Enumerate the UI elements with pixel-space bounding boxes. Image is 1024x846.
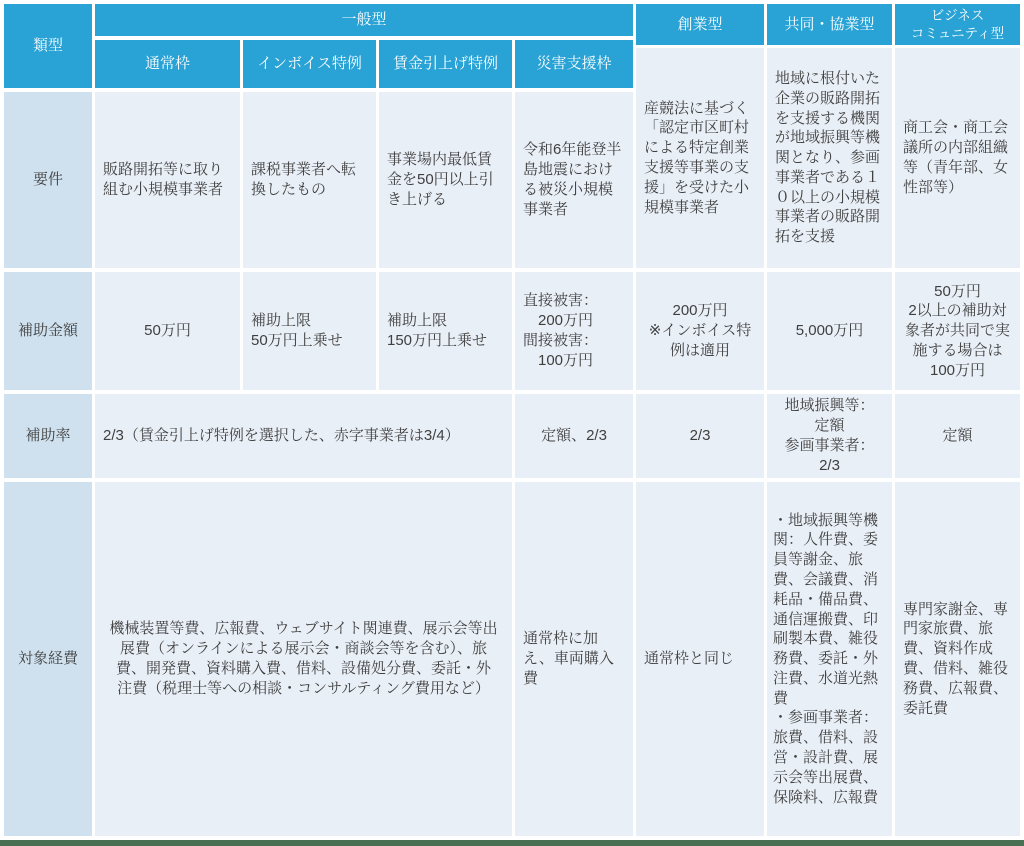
cell-yoken-community-text: 商工会・商工会議所の内部組織等（青年部、女性部等）	[903, 118, 1012, 197]
header-col-sogyo: 創業型	[636, 4, 764, 45]
cell-keihi-kyodo: ・地域振興等機関：人件費、委員等謝金、旅費、会議費、消耗品・備品費、通信運搬費、…	[767, 482, 892, 836]
cell-kingaku-chingin-text: 補助上限 150万円上乗せ	[387, 311, 504, 351]
cell-keihi-saigai: 通常枠に加え、車両購入費	[515, 482, 633, 836]
cell-yoken-chingin-text: 事業場内最低賃金を50円以上引き上げる	[387, 150, 504, 209]
cell-keihi-general-text: 機械装置等費、広報費、ウェブサイト関連費、展示会等出展費（オンラインによる展示会…	[109, 619, 498, 698]
header-col-community: ビジネス コミュニティ型	[895, 4, 1020, 45]
cell-kingaku-sogyo: 200万円 ※インボイス特例は適用	[636, 272, 764, 390]
cell-kingaku-kyodo-text: 5,000万円	[775, 321, 884, 341]
cell-yoken-saigai-text: 令和6年能登半島地震における被災小規模事業者	[523, 140, 625, 219]
subsidy-comparison-table: 類型 一般型 通常枠 インボイス特例 賃金引上げ特例 災害支援枠 創業型 共同・…	[0, 0, 1024, 846]
cell-ritsu-kyodo: 地域振興等： 定額 参画事業者： 2/3	[767, 394, 892, 478]
row-label-keihi-text: 対象経費	[12, 649, 84, 669]
cell-yoken-invoice: 課税事業者へ転換したもの	[243, 92, 376, 268]
cell-keihi-sogyo: 通常枠と同じ	[636, 482, 764, 836]
cell-yoken-tsujo-text: 販路開拓等に取り組む小規模事業者	[103, 160, 232, 200]
cell-kingaku-tsujo: 50万円	[95, 272, 240, 390]
cell-ritsu-saigai: 定額、2/3	[515, 394, 633, 478]
cell-kingaku-invoice: 補助上限 50万円上乗せ	[243, 272, 376, 390]
row-label-keihi: 対象経費	[4, 482, 92, 836]
header-col-tsujo: 通常枠	[95, 40, 240, 88]
cell-yoken-chingin: 事業場内最低賃金を50円以上引き上げる	[379, 92, 512, 268]
header-invoice-label: インボイス特例	[251, 54, 368, 74]
cell-kingaku-chingin: 補助上限 150万円上乗せ	[379, 272, 512, 390]
cell-kingaku-community-text: 50万円 2以上の補助対象者が共同で実施する場合は100万円	[903, 282, 1012, 381]
cell-ritsu-saigai-text: 定額、2/3	[523, 426, 625, 446]
cell-yoken-kyodo: 地域に根付いた企業の販路開拓を支援する機関が地域振興等機関となり、参画事業者であ…	[767, 48, 892, 268]
cell-keihi-general-merged: 機械装置等費、広報費、ウェブサイト関連費、展示会等出展費（オンラインによる展示会…	[95, 482, 512, 836]
cell-ritsu-community-text: 定額	[903, 426, 1012, 446]
header-col-kyodo: 共同・協業型	[767, 4, 892, 45]
header-row-label-type: 類型	[4, 4, 92, 88]
cell-kingaku-community: 50万円 2以上の補助対象者が共同で実施する場合は100万円	[895, 272, 1020, 390]
header-kyodo-label: 共同・協業型	[775, 15, 884, 35]
cell-keihi-sogyo-text: 通常枠と同じ	[644, 649, 756, 669]
cell-keihi-saigai-text: 通常枠に加え、車両購入費	[523, 629, 625, 688]
header-general-label: 一般型	[103, 10, 625, 30]
header-community-label: ビジネス コミュニティ型	[903, 7, 1012, 43]
cell-yoken-kyodo-text: 地域に根付いた企業の販路開拓を支援する機関が地域振興等機関となり、参画事業者であ…	[775, 69, 884, 247]
header-chingin-label: 賃金引上げ特例	[387, 54, 504, 74]
cell-kingaku-sogyo-text: 200万円 ※インボイス特例は適用	[644, 301, 756, 360]
cell-keihi-community-text: 専門家謝金、専門家旅費、旅費、資料作成費、借料、雑役務費、広報費、委託費	[903, 600, 1012, 719]
header-sogyo-label: 創業型	[644, 15, 756, 35]
cell-kingaku-invoice-text: 補助上限 50万円上乗せ	[251, 311, 368, 351]
row-label-ritsu-text: 補助率	[12, 426, 84, 446]
header-col-chingin: 賃金引上げ特例	[379, 40, 512, 88]
cell-yoken-community: 商工会・商工会議所の内部組織等（青年部、女性部等）	[895, 48, 1020, 268]
cell-yoken-saigai: 令和6年能登半島地震における被災小規模事業者	[515, 92, 633, 268]
cell-kingaku-kyodo: 5,000万円	[767, 272, 892, 390]
table-grid: 類型 一般型 通常枠 インボイス特例 賃金引上げ特例 災害支援枠 創業型 共同・…	[0, 0, 1024, 840]
cell-yoken-tsujo: 販路開拓等に取り組む小規模事業者	[95, 92, 240, 268]
cell-ritsu-community: 定額	[895, 394, 1020, 478]
header-group-general: 一般型	[95, 4, 633, 36]
cell-keihi-community: 専門家謝金、専門家旅費、旅費、資料作成費、借料、雑役務費、広報費、委託費	[895, 482, 1020, 836]
cell-kingaku-tsujo-text: 50万円	[103, 321, 232, 341]
row-label-kingaku-text: 補助金額	[12, 321, 84, 341]
cell-yoken-invoice-text: 課税事業者へ転換したもの	[251, 160, 368, 200]
cell-keihi-kyodo-text: ・地域振興等機関：人件費、委員等謝金、旅費、会議費、消耗品・備品費、通信運搬費、…	[773, 511, 886, 808]
cell-ritsu-sogyo-text: 2/3	[644, 426, 756, 446]
row-label-ritsu: 補助率	[4, 394, 92, 478]
cell-ritsu-general-merged: 2/3（賃金引上げ特例を選択した、赤字事業者は3/4）	[95, 394, 512, 478]
header-type-label: 類型	[12, 36, 84, 56]
cell-yoken-sogyo-text: 産競法に基づく「認定市区町村による特定創業支援等事業の支援」を受けた小規模事業者	[644, 99, 756, 218]
row-label-kingaku: 補助金額	[4, 272, 92, 390]
row-label-yoken-text: 要件	[12, 170, 84, 190]
header-saigai-label: 災害支援枠	[523, 54, 625, 74]
cell-ritsu-general-text: 2/3（賃金引上げ特例を選択した、赤字事業者は3/4）	[103, 426, 504, 446]
bottom-edge-bar	[0, 840, 1024, 846]
cell-kingaku-saigai: 直接被害： 200万円 間接被害： 100万円	[515, 272, 633, 390]
cell-ritsu-kyodo-text: 地域振興等： 定額 参画事業者： 2/3	[775, 396, 884, 475]
cell-kingaku-saigai-text: 直接被害： 200万円 間接被害： 100万円	[523, 291, 625, 370]
header-col-saigai: 災害支援枠	[515, 40, 633, 88]
cell-yoken-sogyo: 産競法に基づく「認定市区町村による特定創業支援等事業の支援」を受けた小規模事業者	[636, 48, 764, 268]
header-tsujo-label: 通常枠	[103, 54, 232, 74]
row-label-yoken: 要件	[4, 92, 92, 268]
header-col-invoice: インボイス特例	[243, 40, 376, 88]
cell-ritsu-sogyo: 2/3	[636, 394, 764, 478]
